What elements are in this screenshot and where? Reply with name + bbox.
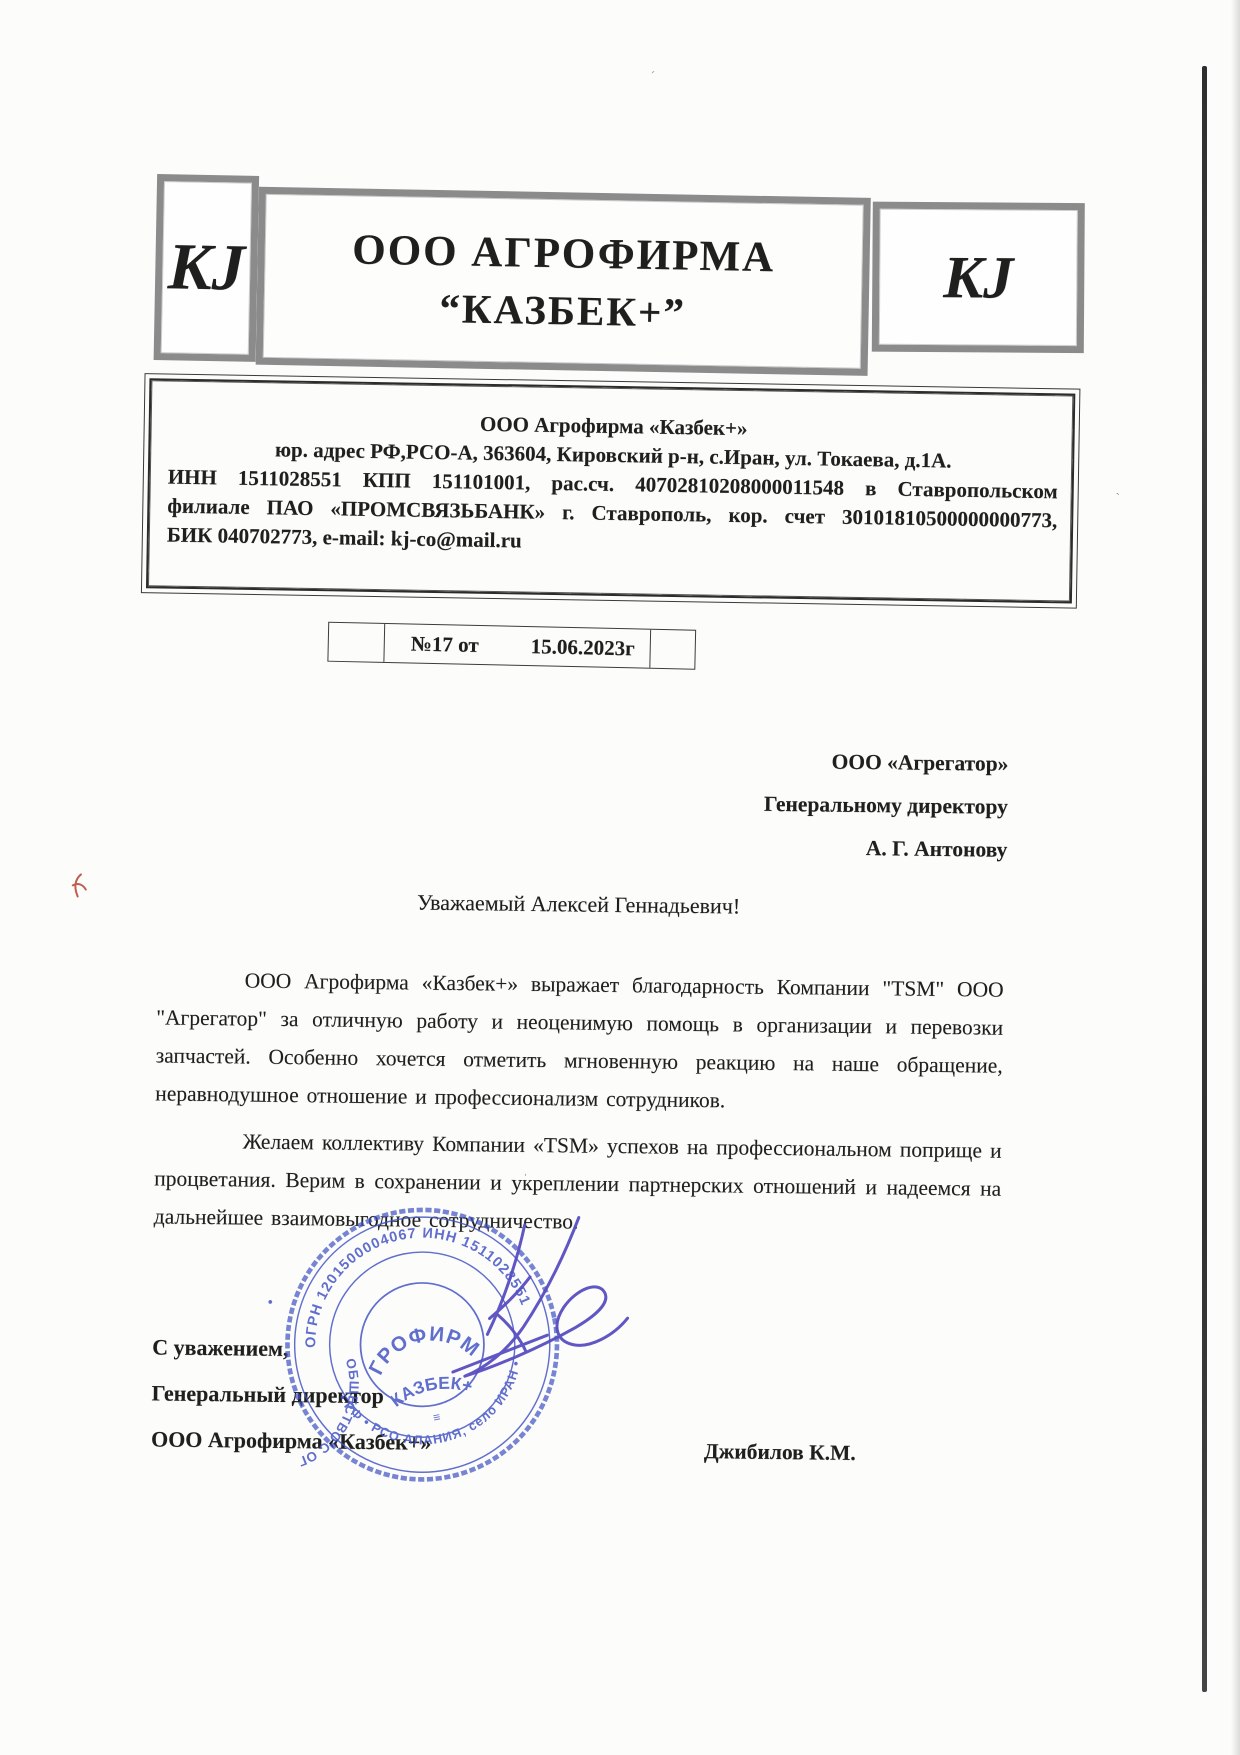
company-title-line1: ООО АГРОФИРМА (352, 225, 776, 282)
reference-number: №17 от (411, 631, 479, 657)
logo-kj-left: KJ (154, 174, 260, 362)
scan-speck: ˊ (651, 68, 656, 84)
red-ink-mark-stroke (73, 874, 86, 896)
scan-artifact-line (1202, 66, 1207, 1692)
recipient-block: ООО «Агрегатор» Генеральному директору А… (593, 738, 1009, 872)
signature-stroke-tail (453, 1334, 547, 1373)
recipient-position: Генеральному директору (594, 781, 1008, 829)
scan-speck: ˈ (523, 1171, 528, 1187)
logo-kj-right-text: KJ (943, 243, 1014, 312)
reference-date: 15.06.2023г (530, 634, 635, 661)
reference-box: №17 от 15.06.2023г (327, 622, 696, 670)
body-paragraph-1: ООО Агрофирма «Казбек+» выражает благода… (155, 960, 1004, 1122)
signature-stroke-flourish (465, 1216, 629, 1378)
recipient-company: ООО «Агрегатор» (594, 738, 1008, 786)
stamp-lines-icon: ≡ (432, 1410, 442, 1425)
company-title-box: ООО АГРОФИРМА “КАЗБЕК+” (256, 187, 871, 376)
recipient-name: А. Г. Антонову (593, 824, 1007, 872)
reference-cell-empty-left (328, 623, 385, 662)
reference-cell-empty-right (650, 630, 695, 669)
logo-kj-right: KJ (872, 202, 1085, 353)
letterhead-details-box: ООО Агрофирма «Казбек+» юр. адрес РФ,РСО… (146, 378, 1075, 603)
logo-kj-left-text: KJ (167, 229, 245, 306)
scan-edge-shadow (1231, 0, 1240, 1755)
signatory-name: Джибилов К.М. (704, 1439, 856, 1466)
salutation: Уважаемый Алексей Геннадьевич! (152, 886, 1004, 922)
reference-cell-main: №17 от 15.06.2023г (384, 624, 651, 668)
signature-stroke-k (487, 1224, 531, 1352)
red-ink-mark (69, 871, 91, 901)
handwritten-signature (424, 1196, 637, 1414)
scanned-letter-page: KJ ООО АГРОФИРМА “КАЗБЕК+” KJ ООО Агрофи… (0, 0, 1240, 1755)
scan-speck: ` (1116, 490, 1121, 506)
company-title-line2: “КАЗБЕК+” (439, 284, 686, 337)
letter-content: KJ ООО АГРОФИРМА “КАЗБЕК+” KJ ООО Агрофи… (0, 0, 1240, 1755)
